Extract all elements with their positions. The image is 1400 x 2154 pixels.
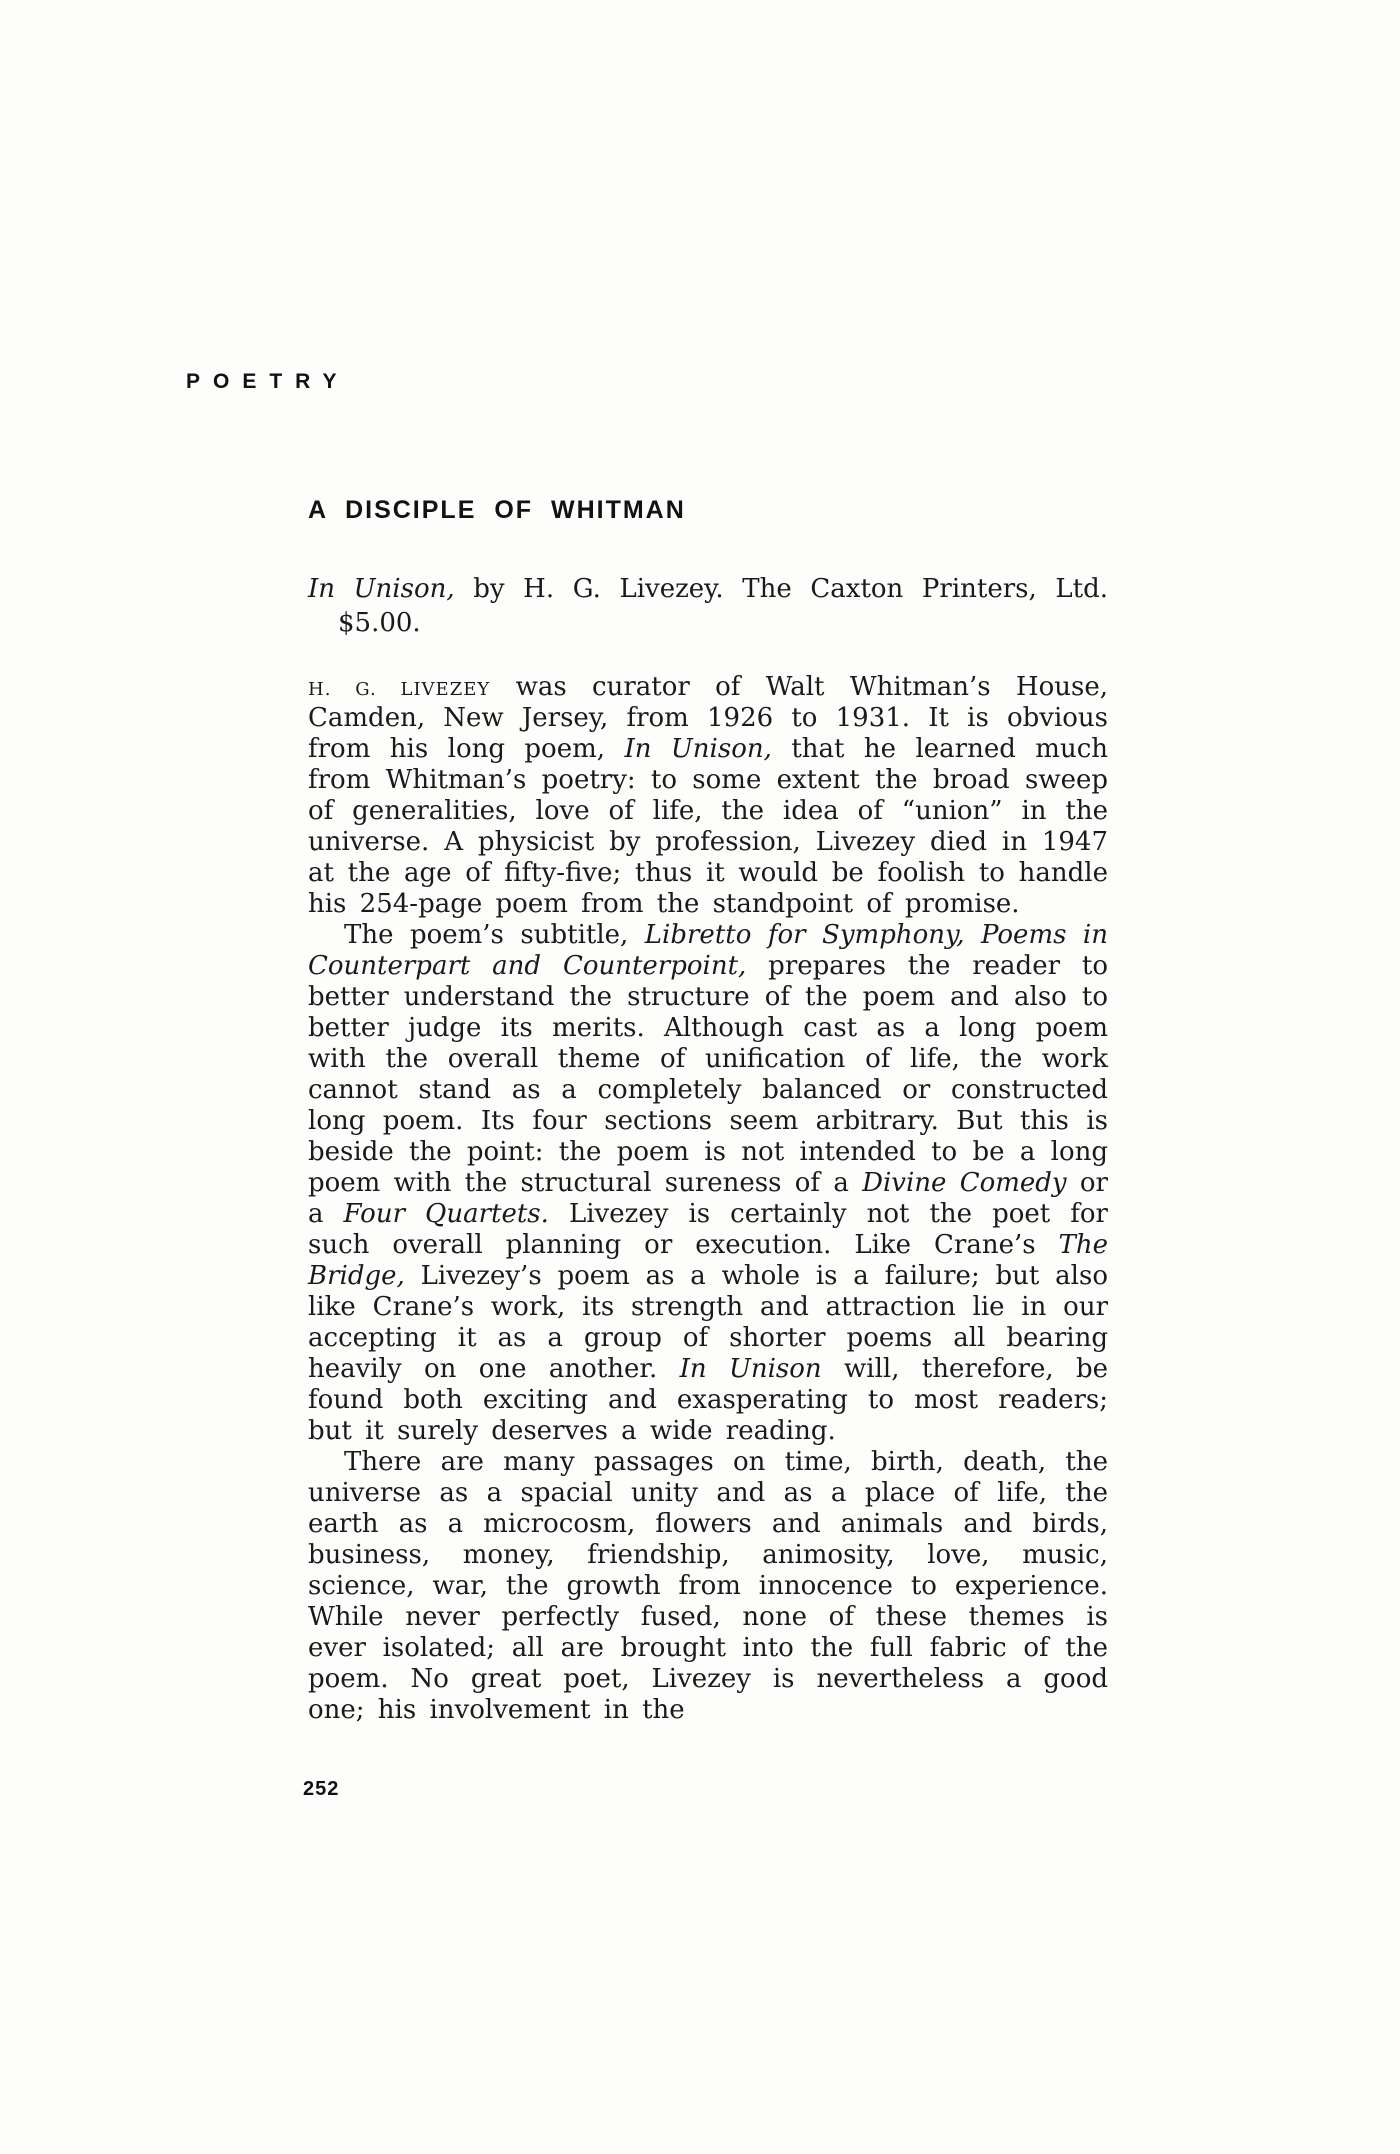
scanned-book-page: POETRY A DISCIPLE OF WHITMAN In Unison, … xyxy=(0,0,1400,2154)
book-citation: In Unison, by H. G. Livezey. The Caxton … xyxy=(308,572,1108,640)
review-paragraph-2: The poem’s subtitle, Libretto for Sympho… xyxy=(308,920,1108,1447)
citation-price: $5.00. xyxy=(308,606,1108,640)
review-body: H. G. Livezey was curator of Walt Whitma… xyxy=(308,672,1108,1726)
article-title: A DISCIPLE OF WHITMAN xyxy=(308,496,686,525)
section-kicker: POETRY xyxy=(186,370,350,394)
review-paragraph-1: H. G. Livezey was curator of Walt Whitma… xyxy=(308,672,1108,920)
page-number: 252 xyxy=(303,1778,339,1801)
citation-line: In Unison, by H. G. Livezey. The Caxton … xyxy=(308,572,1108,606)
review-paragraph-3: There are many passages on time, birth, … xyxy=(308,1447,1108,1726)
